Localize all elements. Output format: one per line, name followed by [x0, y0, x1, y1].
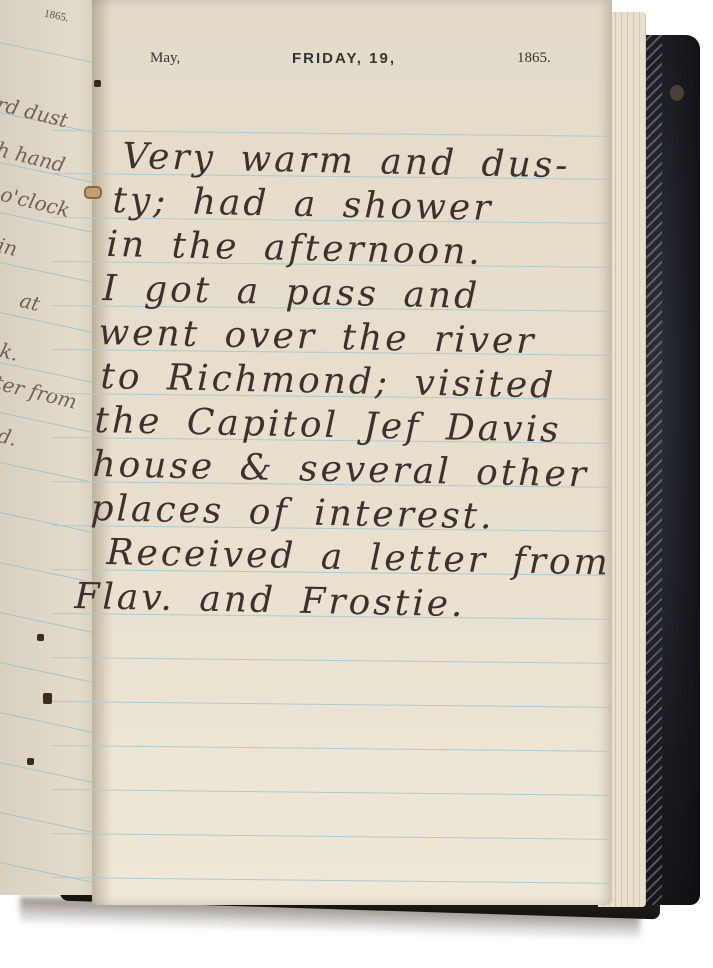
rule-line — [52, 877, 612, 884]
entry-line: I got a pass and — [102, 268, 481, 317]
entry-line: in the afternoon. — [106, 224, 483, 273]
binding-hole — [43, 693, 52, 704]
binding-thread — [84, 186, 102, 199]
facing-text: rd dust — [0, 92, 71, 133]
rule-line — [52, 657, 612, 664]
rule-line — [52, 745, 612, 752]
entry-line: went over the river — [98, 312, 537, 362]
facing-text: in — [0, 233, 20, 261]
facing-text: d. — [0, 423, 20, 451]
entry-line: to Richmond; visited — [100, 356, 557, 407]
facing-text: at — [17, 288, 42, 316]
rule-line — [52, 701, 612, 708]
binding-hole — [37, 634, 44, 641]
entry-line: the Capitol Jef Davis — [94, 400, 562, 451]
rule-line — [52, 833, 612, 840]
page-header: May, FRIDAY, 19, 1865. — [92, 50, 592, 72]
diary-page: May, FRIDAY, 19, 1865. Very warm and dus… — [92, 0, 612, 905]
header-month: May, — [150, 50, 180, 67]
entry-line: house & several other — [92, 444, 589, 495]
rule-line — [52, 789, 612, 796]
header-year: 1865. — [517, 50, 551, 67]
entry-line: ty; had a shower — [112, 180, 494, 229]
facing-text: k. — [0, 338, 21, 366]
binding-hole — [27, 758, 34, 765]
facing-text: h hand — [0, 137, 68, 177]
book-cover-spine — [640, 35, 700, 905]
facing-page-year: 1865. — [43, 8, 70, 25]
entry-line: Flav. and Frostie. — [74, 576, 466, 625]
entry-line: Received a letter from — [106, 532, 611, 584]
header-weekday-date: FRIDAY, 19, — [292, 50, 396, 67]
cover-wear-mark — [670, 85, 684, 101]
entry-line: Very warm and dus- — [122, 136, 571, 186]
entry-line: places of interest. — [90, 488, 495, 537]
binding-hole — [94, 80, 101, 87]
